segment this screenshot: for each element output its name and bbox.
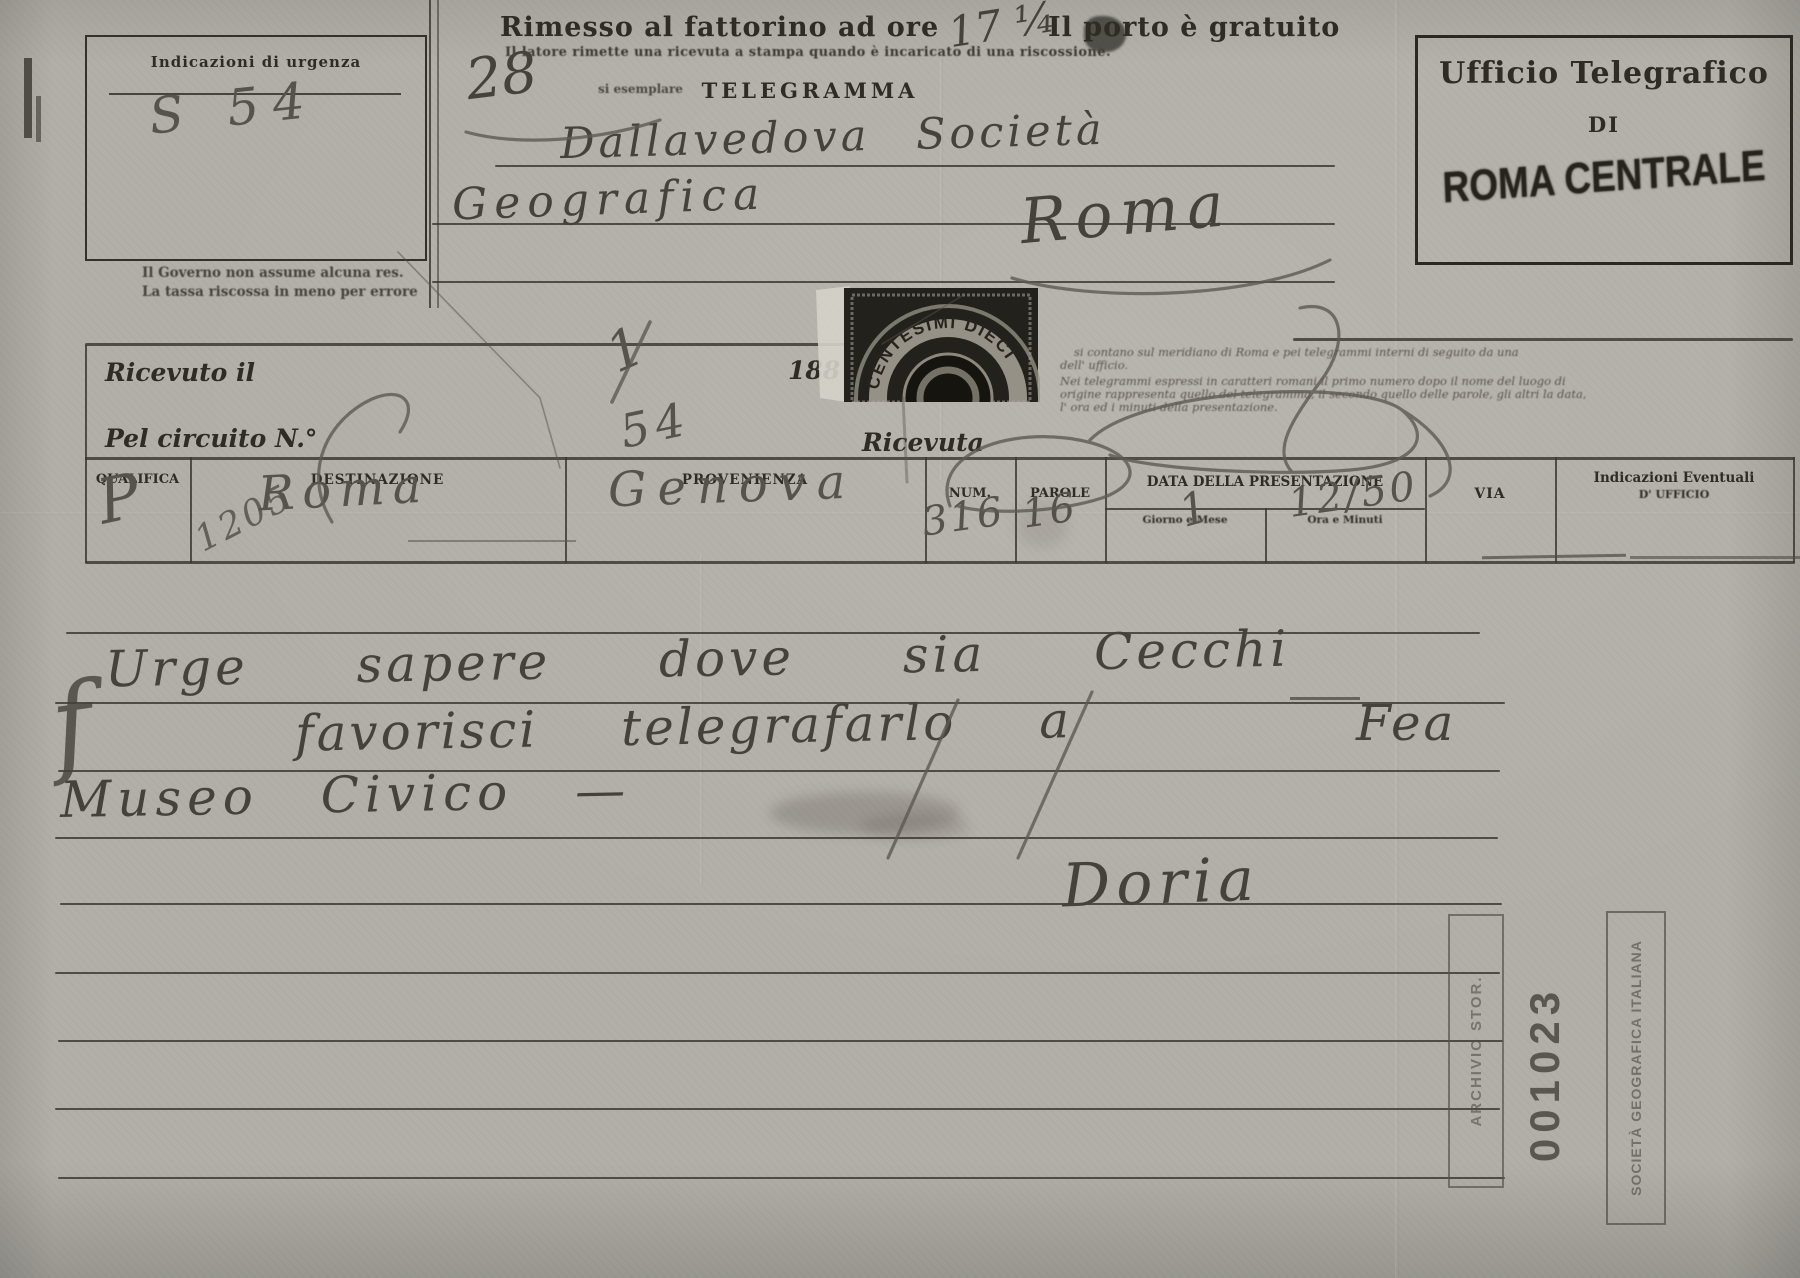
archive-stamp-dept-box: ARCHIVIO STOR. [1448, 914, 1504, 1188]
crease-line [398, 252, 560, 468]
signature-flourish [1090, 392, 1417, 473]
telegram-form: Indicazioni di urgenza S 54 Il Governo n… [0, 0, 1800, 1278]
archive-number: 001023 [1521, 986, 1569, 1162]
flourish-stroke [466, 120, 660, 140]
archive-stamp-org-box: SOCIETÀ GEOGRAFICA ITALIANA [1606, 911, 1666, 1225]
flourish-stroke [947, 437, 1130, 512]
archive-number-wrap: 001023 [1516, 936, 1574, 1212]
flourish-stroke [1012, 260, 1330, 294]
signature-flourish [1284, 307, 1339, 472]
flourish-stroke [319, 394, 409, 522]
crease-line [882, 296, 962, 344]
tally-stroke [888, 700, 958, 858]
archive-stamp-dept: ARCHIVIO STOR. [1468, 975, 1485, 1126]
pen-stroke [903, 398, 907, 482]
flourish-stroke [612, 322, 650, 402]
tally-stroke [1018, 692, 1092, 858]
archive-stamp-org: SOCIETÀ GEOGRAFICA ITALIANA [1628, 940, 1644, 1196]
